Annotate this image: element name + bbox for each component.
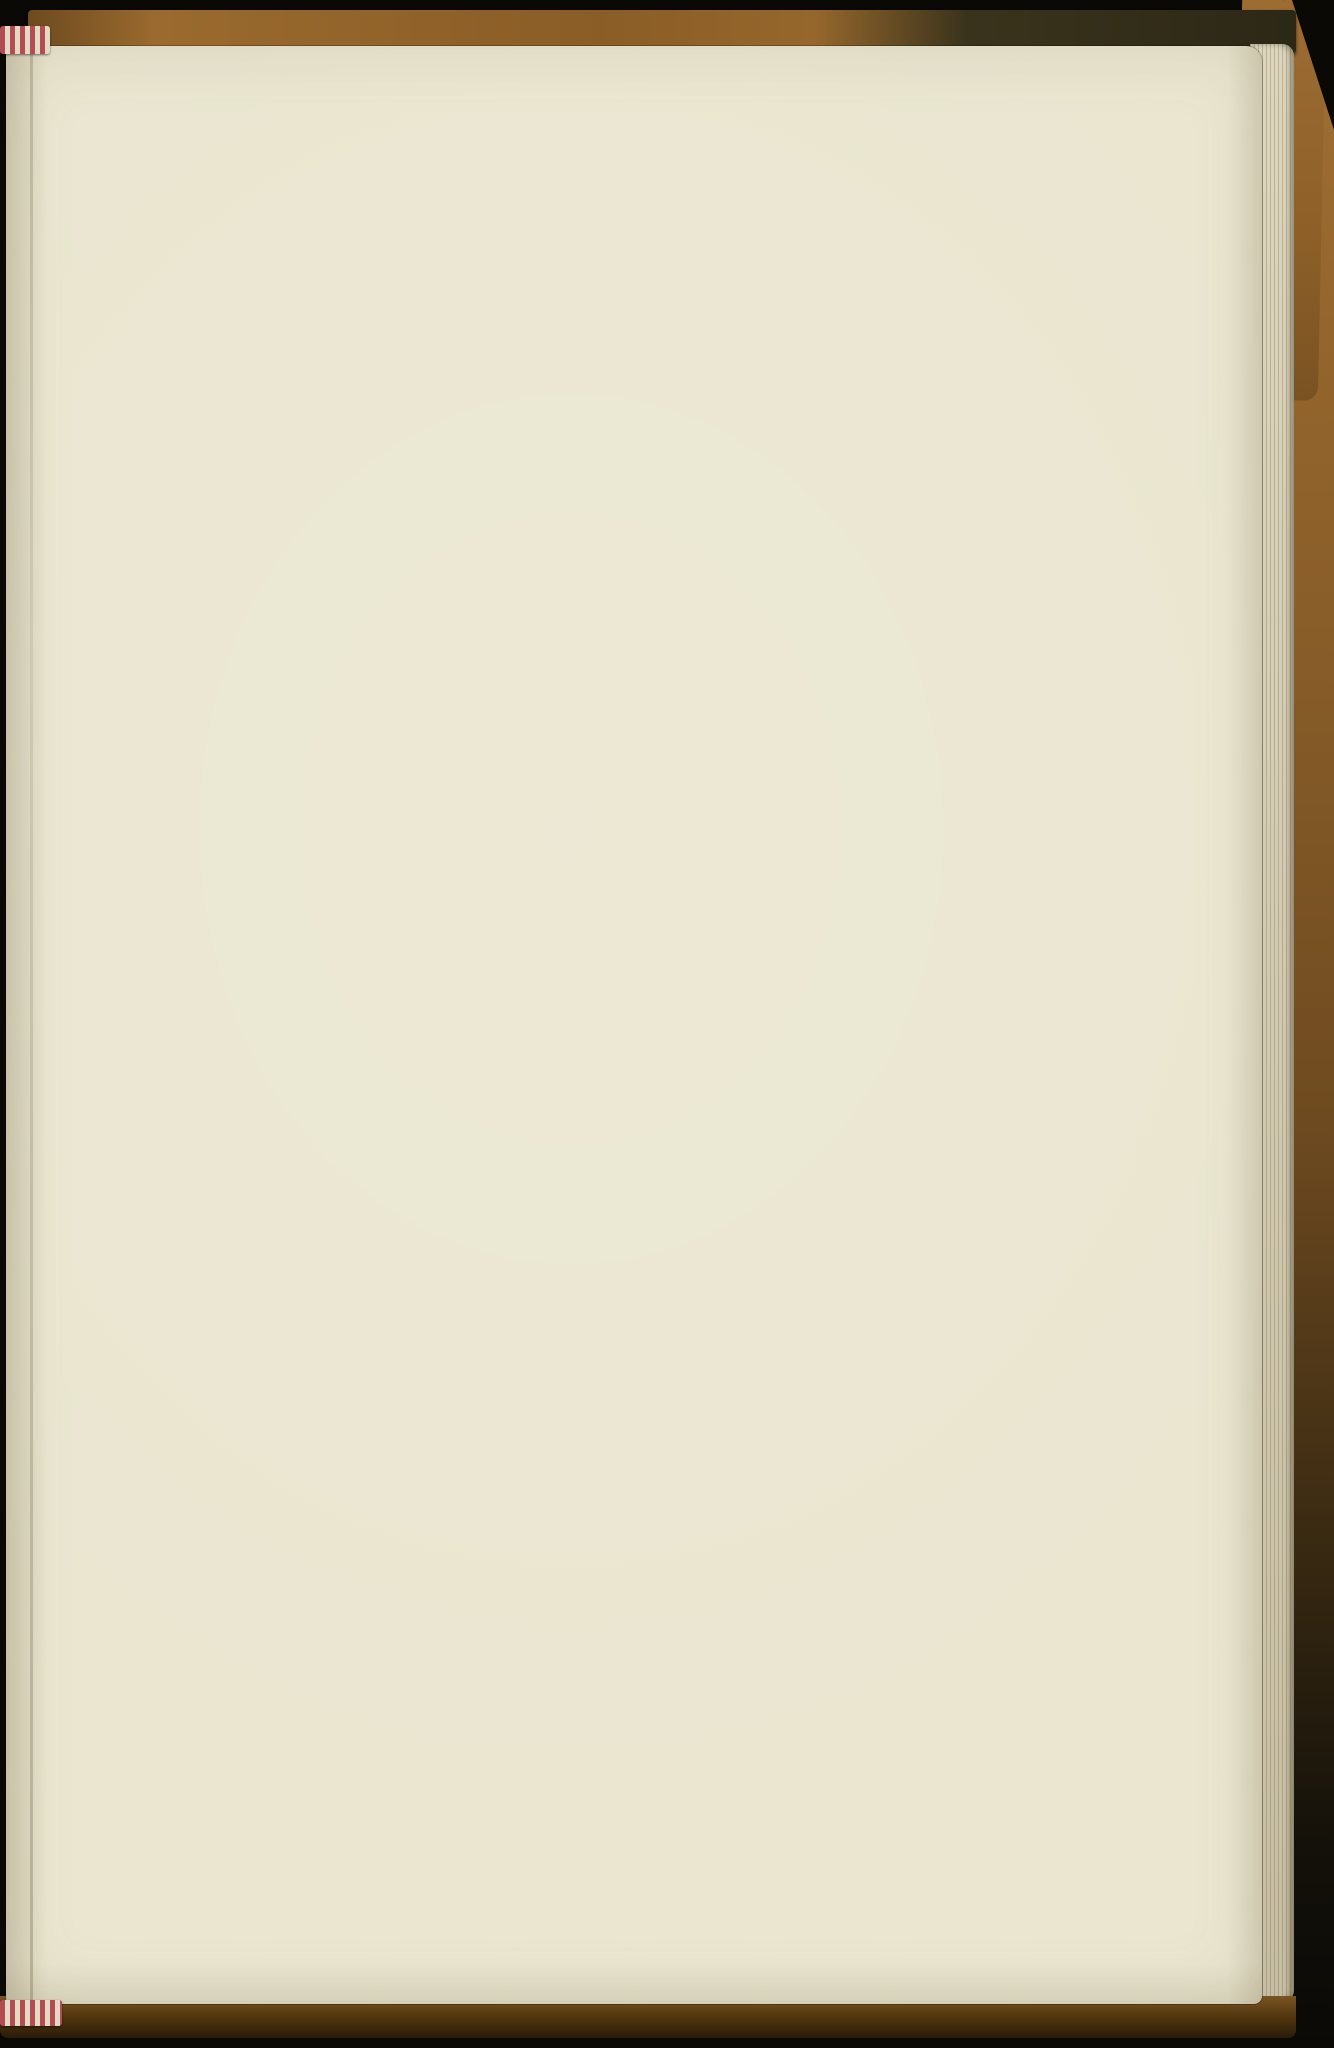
headband-bottom — [0, 2000, 62, 2026]
gutter-crease — [30, 46, 33, 2004]
headband-top — [0, 26, 50, 54]
book-page — [6, 46, 1262, 2004]
photo-background: ALMA MATER. 17 them such friends as Fath… — [0, 0, 1334, 2048]
background-corner — [1292, 0, 1334, 130]
